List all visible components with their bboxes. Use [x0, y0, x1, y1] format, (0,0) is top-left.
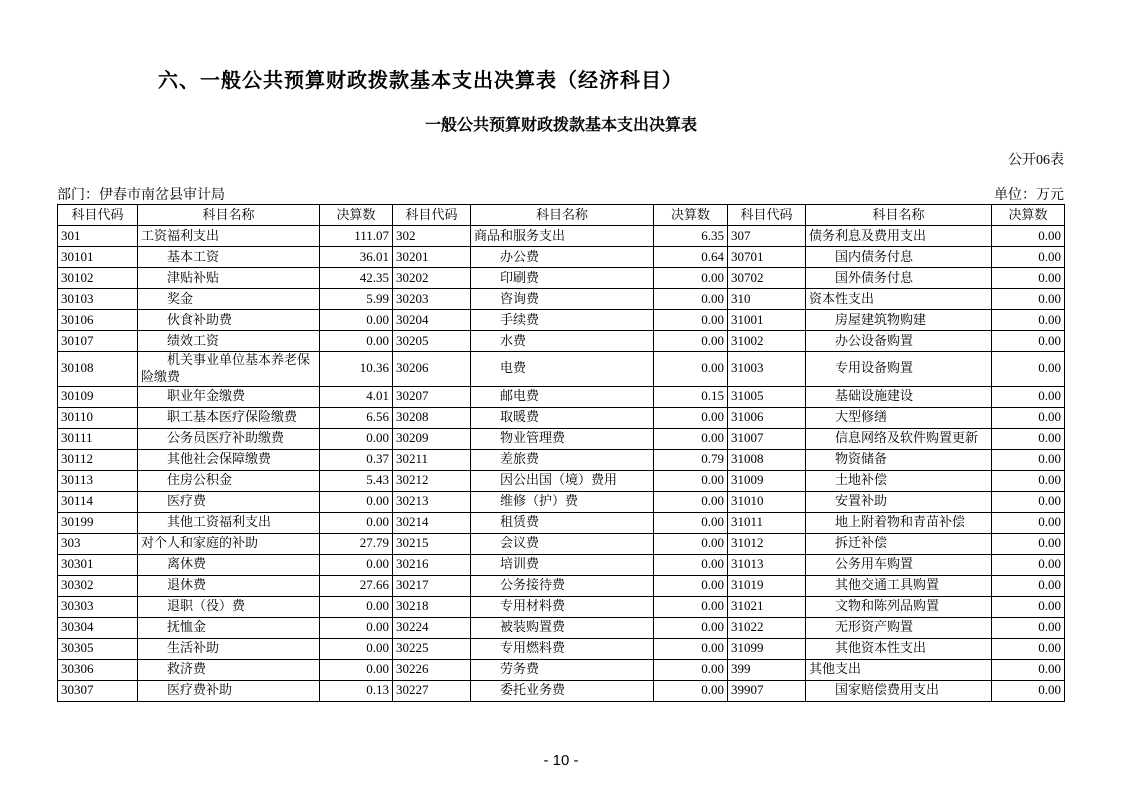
amount-cell: 0.00 [654, 310, 728, 331]
subject-code-cell: 303 [58, 533, 138, 554]
amount-cell: 0.13 [320, 680, 393, 701]
subject-code-cell: 30205 [393, 331, 471, 352]
subject-code-cell: 31011 [728, 512, 806, 533]
meta-row: 部门：伊春市南岔县审计局 单位：万元 [57, 184, 1064, 204]
subject-code-cell: 30304 [58, 617, 138, 638]
amount-cell: 0.00 [654, 352, 728, 387]
subject-name-cell: 手续费 [471, 310, 654, 331]
subject-code-cell: 30207 [393, 386, 471, 407]
subject-code-cell: 30227 [393, 680, 471, 701]
amount-cell: 0.00 [992, 449, 1065, 470]
amount-cell: 0.79 [654, 449, 728, 470]
amount-cell: 0.00 [654, 512, 728, 533]
subject-code-cell: 30202 [393, 268, 471, 289]
subject-code-cell: 30203 [393, 289, 471, 310]
subject-name-cell: 土地补偿 [806, 470, 992, 491]
table-row: 30305生活补助0.0030225专用燃料费0.0031099其他资本性支出0… [58, 638, 1065, 659]
amount-cell: 0.00 [654, 575, 728, 596]
table-header-row: 科目代码科目名称决算数科目代码科目名称决算数科目代码科目名称决算数 [58, 205, 1065, 226]
amount-cell: 0.00 [654, 428, 728, 449]
subject-code-cell: 30303 [58, 596, 138, 617]
subject-code-cell: 30208 [393, 407, 471, 428]
subject-name-cell: 印刷费 [471, 268, 654, 289]
amount-cell: 36.01 [320, 247, 393, 268]
subject-name-cell: 物业管理费 [471, 428, 654, 449]
header-cell: 决算数 [320, 205, 393, 226]
header-cell: 决算数 [992, 205, 1065, 226]
subject-name-cell: 国家赔偿费用支出 [806, 680, 992, 701]
subject-name-cell: 其他社会保障缴费 [138, 449, 320, 470]
subject-code-cell: 30113 [58, 470, 138, 491]
document-page: 六、一般公共预算财政拨款基本支出决算表（经济科目） 一般公共预算财政拨款基本支出… [0, 0, 1122, 793]
unit-label: 单位：万元 [994, 184, 1064, 204]
subject-code-cell: 30199 [58, 512, 138, 533]
subject-name-cell: 其他资本性支出 [806, 638, 992, 659]
subject-code-cell: 310 [728, 289, 806, 310]
amount-cell: 0.00 [320, 554, 393, 575]
table-row: 303对个人和家庭的补助27.7930215会议费0.0031012拆迁补偿0.… [58, 533, 1065, 554]
subject-name-cell: 公务接待费 [471, 575, 654, 596]
amount-cell: 0.00 [992, 352, 1065, 387]
subject-name-cell: 信息网络及软件购置更新 [806, 428, 992, 449]
amount-cell: 0.00 [992, 596, 1065, 617]
subject-code-cell: 30702 [728, 268, 806, 289]
subject-code-cell: 30106 [58, 310, 138, 331]
subject-name-cell: 办公设备购置 [806, 331, 992, 352]
table-row: 30301离休费0.0030216培训费0.0031013公务用车购置0.00 [58, 554, 1065, 575]
amount-cell: 0.00 [654, 617, 728, 638]
subject-code-cell: 31003 [728, 352, 806, 387]
amount-cell: 0.00 [992, 575, 1065, 596]
subject-name-cell: 取暖费 [471, 407, 654, 428]
amount-cell: 0.00 [320, 512, 393, 533]
amount-cell: 0.00 [992, 533, 1065, 554]
subject-code-cell: 31013 [728, 554, 806, 575]
amount-cell: 0.00 [654, 470, 728, 491]
subject-name-cell: 邮电费 [471, 386, 654, 407]
subject-name-cell: 退休费 [138, 575, 320, 596]
amount-cell: 4.01 [320, 386, 393, 407]
subject-name-cell: 专用材料费 [471, 596, 654, 617]
department-label: 部门：伊春市南岔县审计局 [57, 184, 225, 204]
subject-code-cell: 31021 [728, 596, 806, 617]
amount-cell: 0.00 [654, 680, 728, 701]
table-row: 30306救济费0.0030226劳务费0.00399其他支出0.00 [58, 659, 1065, 680]
subject-name-cell: 住房公积金 [138, 470, 320, 491]
table-row: 30304抚恤金0.0030224被装购置费0.0031022无形资产购置0.0… [58, 617, 1065, 638]
budget-table: 科目代码科目名称决算数科目代码科目名称决算数科目代码科目名称决算数 301工资福… [57, 204, 1065, 702]
table-row: 30101基本工资36.0130201办公费0.6430701国内债务付息0.0… [58, 247, 1065, 268]
subject-code-cell: 30224 [393, 617, 471, 638]
table-row: 30199其他工资福利支出0.0030214租赁费0.0031011地上附着物和… [58, 512, 1065, 533]
section-title: 六、一般公共预算财政拨款基本支出决算表（经济科目） [158, 64, 683, 93]
subject-name-cell: 公务用车购置 [806, 554, 992, 575]
amount-cell: 0.00 [654, 268, 728, 289]
table-row: 30111公务员医疗补助缴费0.0030209物业管理费0.0031007信息网… [58, 428, 1065, 449]
header-cell: 科目名称 [806, 205, 992, 226]
amount-cell: 0.00 [320, 596, 393, 617]
table-row: 30302退休费27.6630217公务接待费0.0031019其他交通工具购置… [58, 575, 1065, 596]
subject-code-cell: 30102 [58, 268, 138, 289]
table-body: 301工资福利支出111.07302商品和服务支出6.35307债务利息及费用支… [58, 226, 1065, 702]
subject-name-cell: 基础设施建设 [806, 386, 992, 407]
subject-code-cell: 30701 [728, 247, 806, 268]
amount-cell: 0.00 [992, 268, 1065, 289]
table-row: 30112其他社会保障缴费0.3730211差旅费0.7931008物资储备0.… [58, 449, 1065, 470]
table-row: 30102津贴补贴42.3530202印刷费0.0030702国外债务付息0.0… [58, 268, 1065, 289]
subject-name-cell: 劳务费 [471, 659, 654, 680]
subject-name-cell: 绩效工资 [138, 331, 320, 352]
subject-code-cell: 30306 [58, 659, 138, 680]
amount-cell: 0.00 [992, 407, 1065, 428]
subject-name-cell: 差旅费 [471, 449, 654, 470]
amount-cell: 0.00 [992, 289, 1065, 310]
table-row: 30114医疗费0.0030213维修（护）费0.0031010安置补助0.00 [58, 491, 1065, 512]
subject-name-cell: 其他支出 [806, 659, 992, 680]
subject-name-cell: 咨询费 [471, 289, 654, 310]
subject-name-cell: 委托业务费 [471, 680, 654, 701]
table-title: 一般公共预算财政拨款基本支出决算表 [0, 112, 1122, 135]
subject-name-cell: 工资福利支出 [138, 226, 320, 247]
subject-code-cell: 30226 [393, 659, 471, 680]
subject-name-cell: 基本工资 [138, 247, 320, 268]
subject-code-cell: 31007 [728, 428, 806, 449]
subject-code-cell: 31005 [728, 386, 806, 407]
subject-name-cell: 其他交通工具购置 [806, 575, 992, 596]
subject-code-cell: 31002 [728, 331, 806, 352]
subject-code-cell: 30307 [58, 680, 138, 701]
subject-name-cell: 安置补助 [806, 491, 992, 512]
subject-name-cell: 津贴补贴 [138, 268, 320, 289]
subject-code-cell: 30215 [393, 533, 471, 554]
amount-cell: 0.00 [992, 226, 1065, 247]
subject-code-cell: 30302 [58, 575, 138, 596]
amount-cell: 0.00 [320, 428, 393, 449]
subject-name-cell: 租赁费 [471, 512, 654, 533]
table-row: 301工资福利支出111.07302商品和服务支出6.35307债务利息及费用支… [58, 226, 1065, 247]
subject-name-cell: 医疗费 [138, 491, 320, 512]
subject-name-cell: 培训费 [471, 554, 654, 575]
subject-name-cell: 奖金 [138, 289, 320, 310]
subject-code-cell: 39907 [728, 680, 806, 701]
subject-name-cell: 被装购置费 [471, 617, 654, 638]
amount-cell: 0.00 [992, 310, 1065, 331]
amount-cell: 5.99 [320, 289, 393, 310]
header-cell: 科目名称 [471, 205, 654, 226]
subject-name-cell: 公务员医疗补助缴费 [138, 428, 320, 449]
subject-name-cell: 无形资产购置 [806, 617, 992, 638]
amount-cell: 27.79 [320, 533, 393, 554]
subject-name-cell: 商品和服务支出 [471, 226, 654, 247]
header-cell: 科目名称 [138, 205, 320, 226]
amount-cell: 0.00 [654, 407, 728, 428]
subject-code-cell: 30110 [58, 407, 138, 428]
amount-cell: 0.00 [320, 659, 393, 680]
amount-cell: 0.00 [320, 617, 393, 638]
subject-name-cell: 其他工资福利支出 [138, 512, 320, 533]
amount-cell: 0.00 [992, 331, 1065, 352]
header-cell: 科目代码 [58, 205, 138, 226]
amount-cell: 0.00 [654, 331, 728, 352]
subject-code-cell: 30217 [393, 575, 471, 596]
amount-cell: 0.00 [992, 659, 1065, 680]
table-row: 30303退职（役）费0.0030218专用材料费0.0031021文物和陈列品… [58, 596, 1065, 617]
table-row: 30307医疗费补助0.1330227委托业务费0.0039907国家赔偿费用支… [58, 680, 1065, 701]
form-code-label: 公开06表 [1008, 149, 1064, 169]
amount-cell: 0.00 [320, 491, 393, 512]
amount-cell: 0.00 [992, 428, 1065, 449]
subject-code-cell: 30216 [393, 554, 471, 575]
subject-code-cell: 307 [728, 226, 806, 247]
amount-cell: 5.43 [320, 470, 393, 491]
subject-name-cell: 资本性支出 [806, 289, 992, 310]
subject-name-cell: 国内债务付息 [806, 247, 992, 268]
subject-code-cell: 31012 [728, 533, 806, 554]
subject-name-cell: 职业年金缴费 [138, 386, 320, 407]
amount-cell: 0.00 [992, 638, 1065, 659]
subject-code-cell: 31006 [728, 407, 806, 428]
page-number: - 10 - [0, 752, 1122, 769]
subject-code-cell: 31019 [728, 575, 806, 596]
subject-code-cell: 301 [58, 226, 138, 247]
subject-name-cell: 机关事业单位基本养老保险缴费 [138, 352, 320, 387]
amount-cell: 0.00 [992, 386, 1065, 407]
header-cell: 科目代码 [393, 205, 471, 226]
subject-name-cell: 电费 [471, 352, 654, 387]
subject-code-cell: 31008 [728, 449, 806, 470]
subject-name-cell: 因公出国（境）费用 [471, 470, 654, 491]
subject-name-cell: 国外债务付息 [806, 268, 992, 289]
subject-code-cell: 30305 [58, 638, 138, 659]
subject-code-cell: 30206 [393, 352, 471, 387]
amount-cell: 111.07 [320, 226, 393, 247]
subject-code-cell: 30212 [393, 470, 471, 491]
subject-name-cell: 维修（护）费 [471, 491, 654, 512]
subject-name-cell: 债务利息及费用支出 [806, 226, 992, 247]
subject-code-cell: 30103 [58, 289, 138, 310]
amount-cell: 42.35 [320, 268, 393, 289]
subject-name-cell: 医疗费补助 [138, 680, 320, 701]
amount-cell: 0.37 [320, 449, 393, 470]
table-row: 30108机关事业单位基本养老保险缴费10.3630206电费0.0031003… [58, 352, 1065, 387]
header-cell: 决算数 [654, 205, 728, 226]
subject-code-cell: 30108 [58, 352, 138, 387]
subject-code-cell: 31009 [728, 470, 806, 491]
amount-cell: 0.00 [992, 554, 1065, 575]
subject-code-cell: 31099 [728, 638, 806, 659]
subject-code-cell: 31001 [728, 310, 806, 331]
subject-name-cell: 生活补助 [138, 638, 320, 659]
subject-code-cell: 30107 [58, 331, 138, 352]
table-row: 30107绩效工资0.0030205水费0.0031002办公设备购置0.00 [58, 331, 1065, 352]
amount-cell: 0.15 [654, 386, 728, 407]
subject-name-cell: 物资储备 [806, 449, 992, 470]
amount-cell: 6.35 [654, 226, 728, 247]
subject-code-cell: 31010 [728, 491, 806, 512]
subject-name-cell: 地上附着物和青苗补偿 [806, 512, 992, 533]
amount-cell: 0.00 [320, 331, 393, 352]
subject-name-cell: 专用燃料费 [471, 638, 654, 659]
amount-cell: 0.00 [992, 617, 1065, 638]
subject-name-cell: 抚恤金 [138, 617, 320, 638]
amount-cell: 0.00 [654, 659, 728, 680]
amount-cell: 6.56 [320, 407, 393, 428]
subject-code-cell: 30214 [393, 512, 471, 533]
amount-cell: 0.00 [992, 680, 1065, 701]
subject-code-cell: 30213 [393, 491, 471, 512]
amount-cell: 0.00 [654, 533, 728, 554]
amount-cell: 0.00 [654, 638, 728, 659]
subject-name-cell: 对个人和家庭的补助 [138, 533, 320, 554]
subject-name-cell: 文物和陈列品购置 [806, 596, 992, 617]
subject-name-cell: 伙食补助费 [138, 310, 320, 331]
subject-code-cell: 30209 [393, 428, 471, 449]
subject-code-cell: 30225 [393, 638, 471, 659]
subject-name-cell: 救济费 [138, 659, 320, 680]
amount-cell: 0.00 [992, 247, 1065, 268]
table-row: 30110职工基本医疗保险缴费6.5630208取暖费0.0031006大型修缮… [58, 407, 1065, 428]
amount-cell: 0.00 [992, 470, 1065, 491]
subject-code-cell: 31022 [728, 617, 806, 638]
subject-code-cell: 30111 [58, 428, 138, 449]
table-row: 30109职业年金缴费4.0130207邮电费0.1531005基础设施建设0.… [58, 386, 1065, 407]
amount-cell: 0.64 [654, 247, 728, 268]
amount-cell: 0.00 [654, 491, 728, 512]
subject-name-cell: 办公费 [471, 247, 654, 268]
table-row: 30106伙食补助费0.0030204手续费0.0031001房屋建筑物购建0.… [58, 310, 1065, 331]
subject-name-cell: 大型修缮 [806, 407, 992, 428]
amount-cell: 0.00 [992, 512, 1065, 533]
table-row: 30103奖金5.9930203咨询费0.00310资本性支出0.00 [58, 289, 1065, 310]
subject-code-cell: 30114 [58, 491, 138, 512]
subject-code-cell: 30201 [393, 247, 471, 268]
header-cell: 科目代码 [728, 205, 806, 226]
subject-code-cell: 30112 [58, 449, 138, 470]
subject-code-cell: 30101 [58, 247, 138, 268]
amount-cell: 27.66 [320, 575, 393, 596]
subject-name-cell: 专用设备购置 [806, 352, 992, 387]
subject-code-cell: 30109 [58, 386, 138, 407]
subject-code-cell: 30211 [393, 449, 471, 470]
subject-code-cell: 302 [393, 226, 471, 247]
subject-code-cell: 30204 [393, 310, 471, 331]
table-row: 30113住房公积金5.4330212因公出国（境）费用0.0031009土地补… [58, 470, 1065, 491]
subject-code-cell: 399 [728, 659, 806, 680]
amount-cell: 0.00 [654, 554, 728, 575]
amount-cell: 0.00 [320, 638, 393, 659]
subject-name-cell: 拆迁补偿 [806, 533, 992, 554]
subject-name-cell: 房屋建筑物购建 [806, 310, 992, 331]
subject-name-cell: 离休费 [138, 554, 320, 575]
subject-name-cell: 水费 [471, 331, 654, 352]
subject-name-cell: 退职（役）费 [138, 596, 320, 617]
amount-cell: 0.00 [992, 491, 1065, 512]
subject-name-cell: 职工基本医疗保险缴费 [138, 407, 320, 428]
subject-code-cell: 30301 [58, 554, 138, 575]
amount-cell: 0.00 [320, 310, 393, 331]
amount-cell: 10.36 [320, 352, 393, 387]
amount-cell: 0.00 [654, 596, 728, 617]
subject-name-cell: 会议费 [471, 533, 654, 554]
subject-code-cell: 30218 [393, 596, 471, 617]
amount-cell: 0.00 [654, 289, 728, 310]
